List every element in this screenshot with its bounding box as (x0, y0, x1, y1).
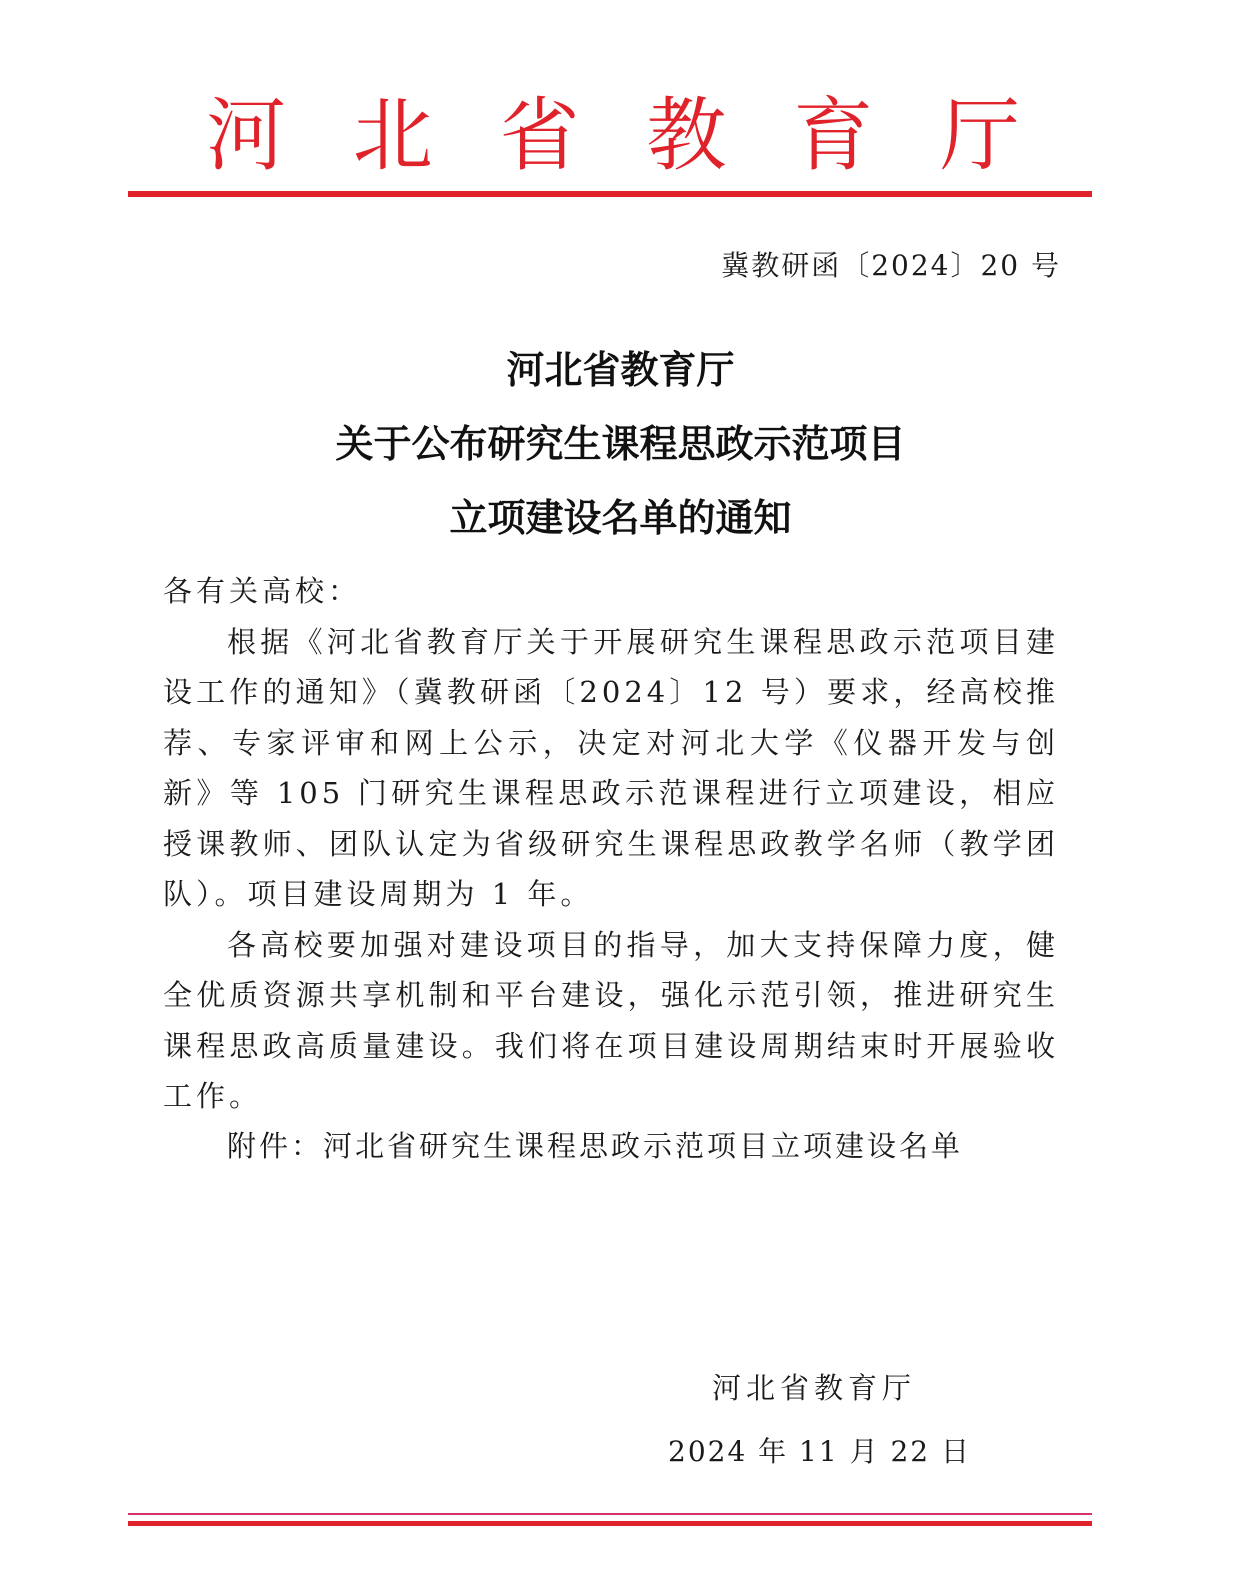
masthead-char: 育 (793, 96, 873, 176)
title-line: 关于公布研究生课程思政示范项目 (0, 407, 1241, 481)
document-body: 各有关高校： 根据《河北省教育厅关于开展研究生课程思政示范项目建设工作的通知》（… (163, 566, 1059, 1122)
masthead-divider (128, 191, 1092, 197)
masthead: 河 北 省 教 育 厅 (128, 88, 1092, 183)
signature-date: 2024 年 11 月 22 日 (668, 1430, 971, 1470)
title-line: 河北省教育厅 (0, 333, 1241, 407)
masthead-char: 省 (500, 96, 580, 176)
body-paragraph: 各高校要加强对建设项目的指导，加大支持保障力度，健全优质资源共享机制和平台建设，… (163, 920, 1059, 1122)
attachment-note: 附件：河北省研究生课程思政示范项目立项建设名单 (227, 1124, 963, 1165)
masthead-char: 教 (646, 96, 726, 176)
salutation: 各有关高校： (163, 566, 1059, 617)
document-title: 河北省教育厅 关于公布研究生课程思政示范项目 立项建设名单的通知 (0, 333, 1241, 555)
document-number: 冀教研函〔2024〕20 号 (721, 244, 1061, 284)
masthead-char: 河 (206, 96, 286, 176)
title-line: 立项建设名单的通知 (0, 481, 1241, 555)
masthead-char: 厅 (940, 96, 1020, 176)
footer-divider-thick (128, 1521, 1092, 1526)
signature-issuer: 河北省教育厅 (712, 1366, 916, 1407)
masthead-char: 北 (353, 96, 433, 176)
footer-divider-thin (128, 1513, 1092, 1515)
body-paragraph: 根据《河北省教育厅关于开展研究生课程思政示范项目建设工作的通知》（冀教研函〔20… (163, 617, 1059, 920)
